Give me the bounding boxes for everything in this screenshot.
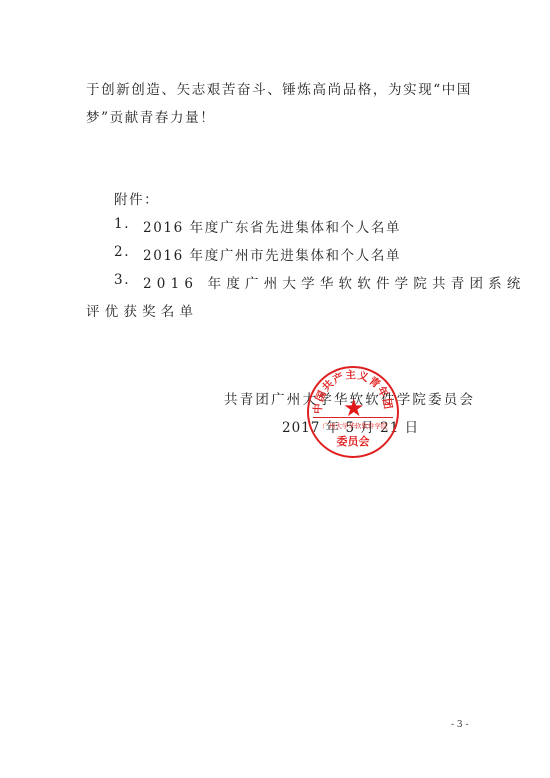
attachment-text: 2016 年度广东省先进集体和个人名单 — [143, 216, 401, 236]
seal-sub-text: 广州大学华软软件学院 — [319, 421, 391, 430]
attachment-text-continuation: 评优获奖名单 — [86, 300, 198, 320]
body-paragraph-line-2: 梦”贡献青春力量！ — [86, 106, 215, 126]
attachment-text: 2016 年度广州大学华软软件学院共青团系统 — [143, 272, 526, 292]
official-seal: 中国共产主义青年团 ★ 广州大学华软软件学院 委员会 — [307, 366, 399, 458]
attachment-number: 2. — [114, 244, 130, 260]
attachment-number: 1. — [114, 216, 130, 232]
attachment-number: 3. — [114, 272, 130, 288]
page-number: - 3 - — [451, 720, 469, 730]
body-paragraph-line-1: 于创新创造、矢志艰苦奋斗、锤炼高尚品格，为实现“中国 — [86, 78, 472, 98]
attachments-heading: 附件： — [114, 188, 159, 208]
seal-bottom-text: 委员会 — [309, 433, 397, 449]
attachment-text: 2016 年度广州市先进集体和个人名单 — [143, 244, 401, 264]
seal-divider — [313, 417, 393, 418]
